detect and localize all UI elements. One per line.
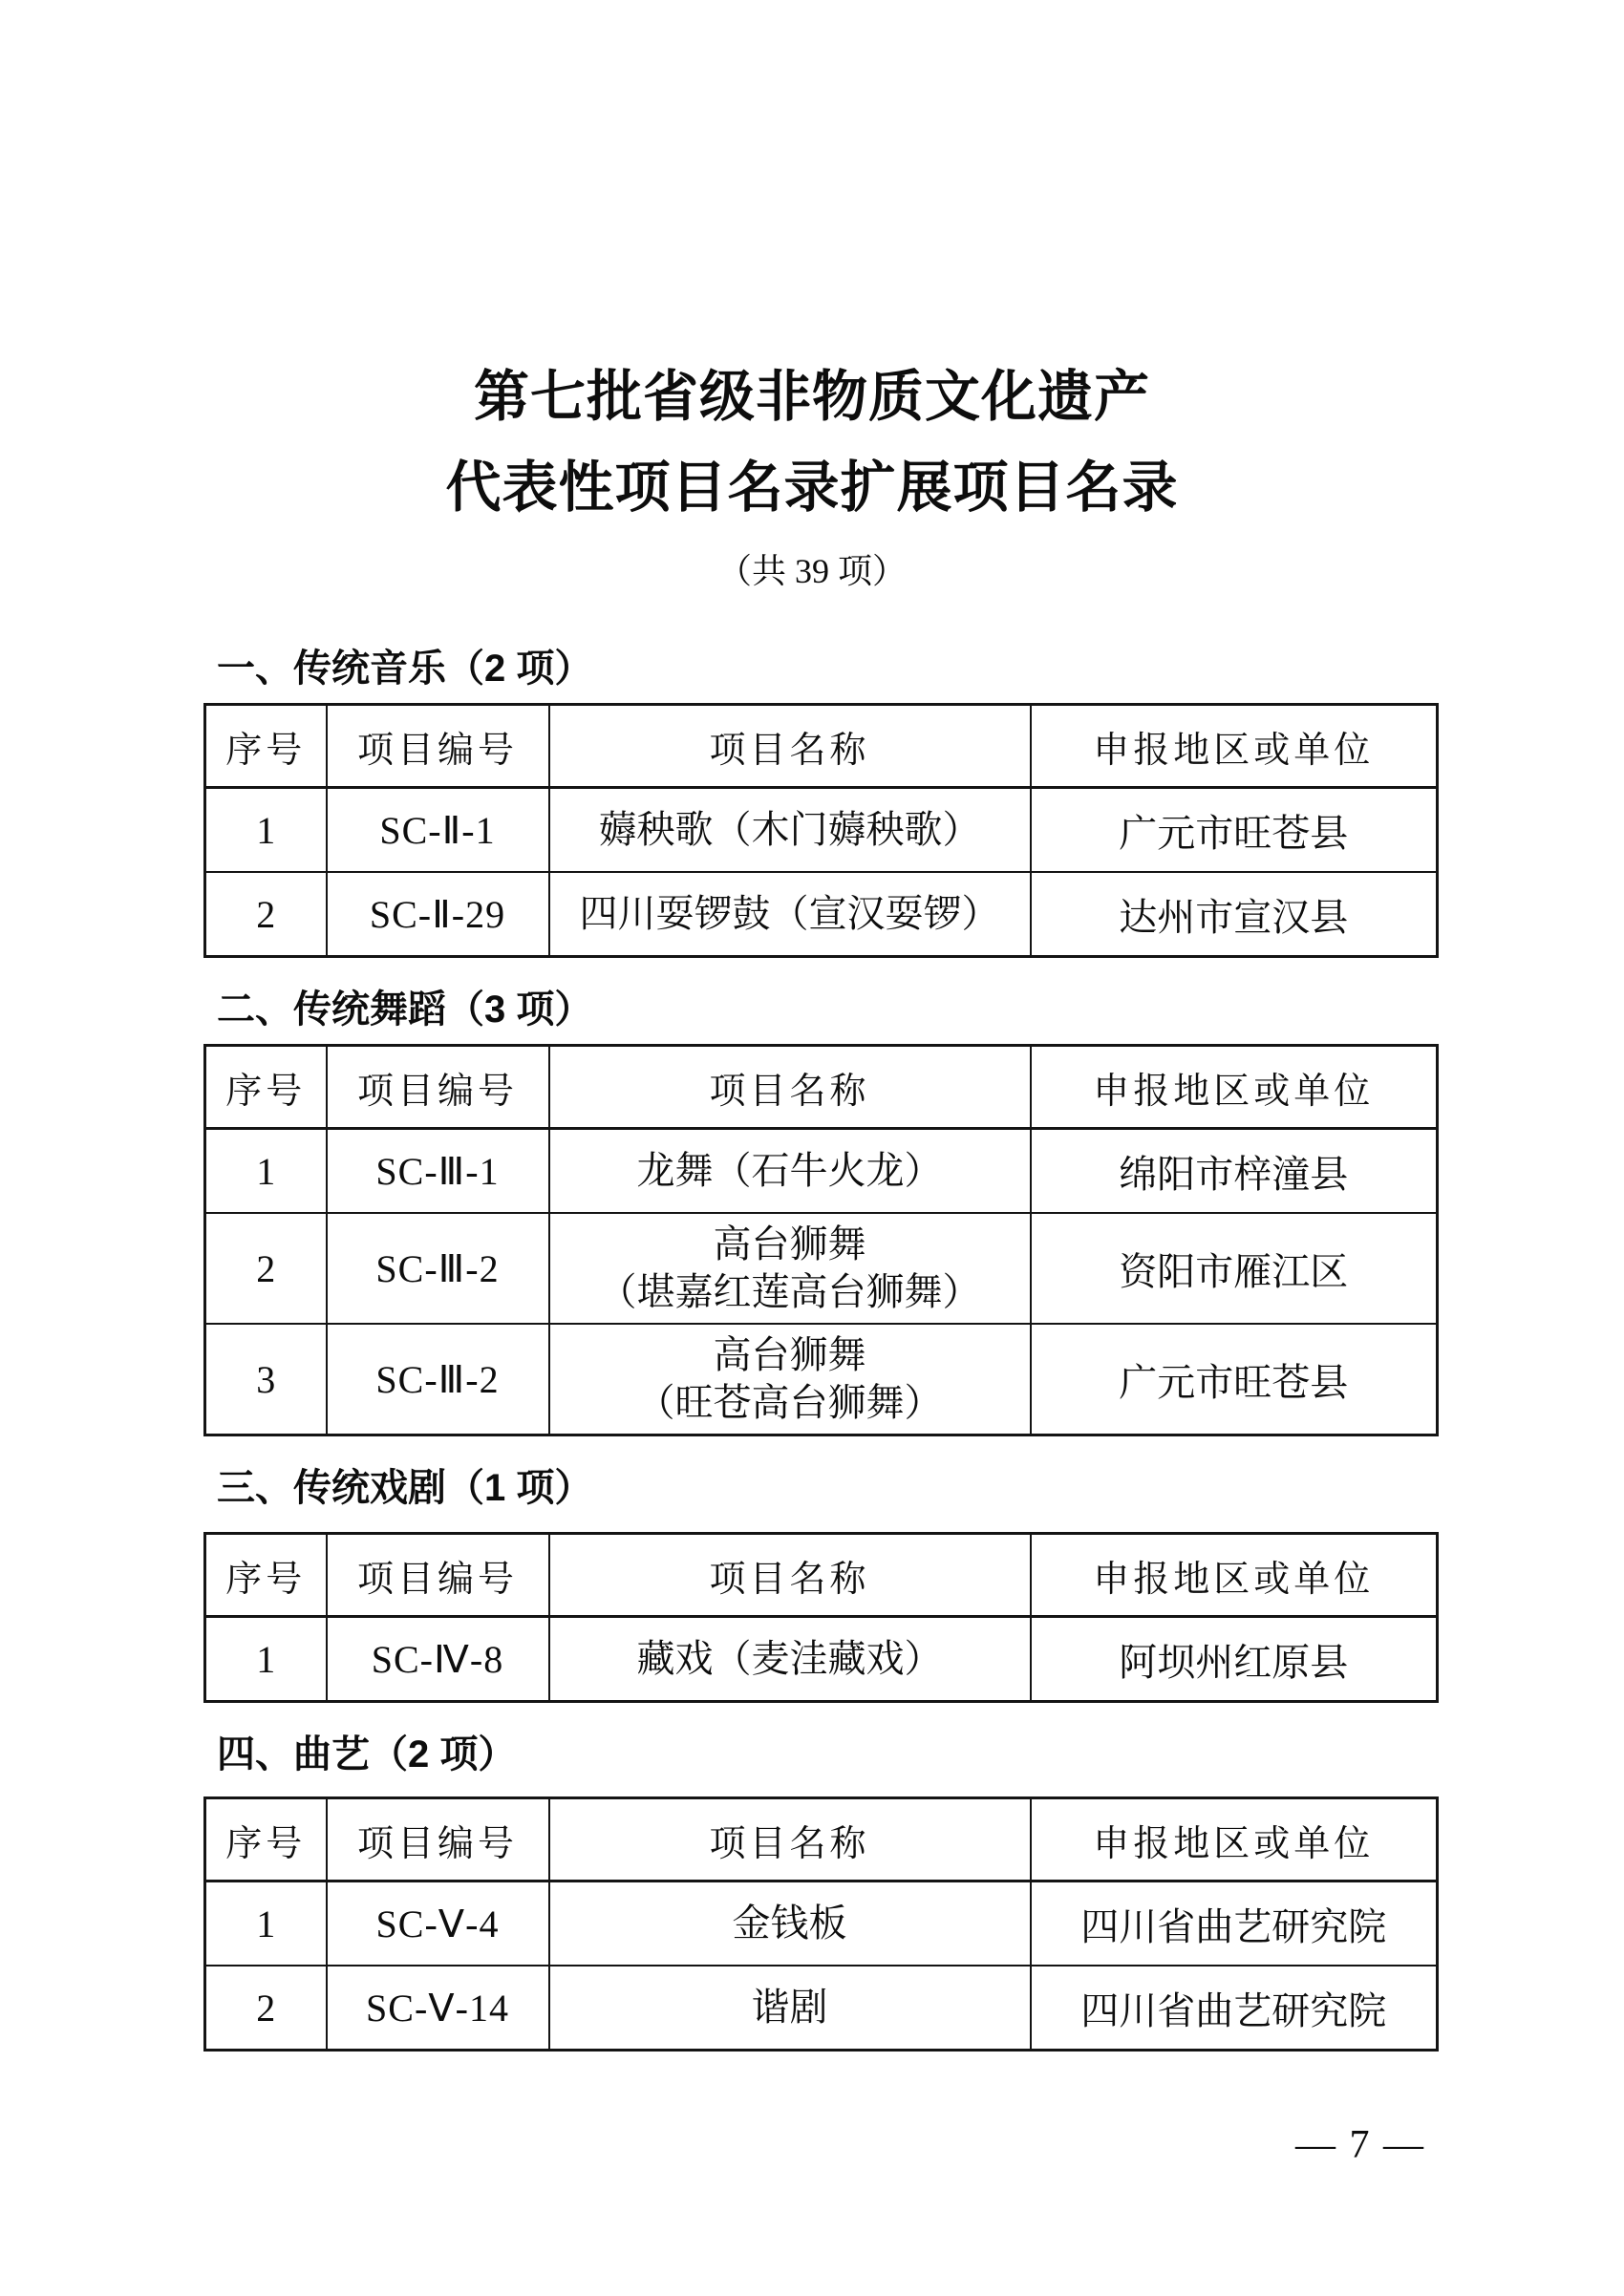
cell-code: SC-Ⅴ-14 — [327, 1966, 549, 2051]
table-row: 3 SC-Ⅲ-2 高台狮舞（旺苍高台狮舞） 广元市旺苍县 — [205, 1324, 1438, 1435]
document-title: 第七批省级非物质文化遗产 代表性项目名录扩展项目名录 — [0, 0, 1624, 533]
table-traditional-music: 序号 项目编号 项目名称 申报地区或单位 1 SC-Ⅱ-1 薅秧歌（木门薅秧歌）… — [203, 703, 1439, 958]
cell-index: 1 — [205, 1129, 327, 1214]
table-row: 2 SC-Ⅲ-2 高台狮舞（堪嘉红莲高台狮舞） 资阳市雁江区 — [205, 1213, 1438, 1324]
cell-name: 高台狮舞（堪嘉红莲高台狮舞） — [549, 1213, 1031, 1324]
section-quyi: 四、曲艺（2 项） 序号 项目编号 项目名称 申报地区或单位 1 SC-Ⅴ-4 … — [203, 1732, 1436, 2052]
cell-unit: 广元市旺苍县 — [1031, 788, 1438, 873]
table-header-row: 序号 项目编号 项目名称 申报地区或单位 — [205, 705, 1438, 788]
cell-code: SC-Ⅲ-2 — [327, 1324, 549, 1435]
cell-unit: 四川省曲艺研究院 — [1031, 1881, 1438, 1966]
cell-index: 2 — [205, 872, 327, 957]
cell-name-line1: 金钱板 — [556, 1900, 1024, 1947]
header-unit: 申报地区或单位 — [1031, 1798, 1438, 1881]
header-code: 项目编号 — [327, 1798, 549, 1881]
cell-code: SC-Ⅳ-8 — [327, 1617, 549, 1702]
table-header-row: 序号 项目编号 项目名称 申报地区或单位 — [205, 1534, 1438, 1617]
section-heading: 一、传统音乐（2 项） — [217, 646, 1436, 691]
cell-unit: 资阳市雁江区 — [1031, 1213, 1438, 1324]
cell-index: 1 — [205, 1617, 327, 1702]
cell-unit: 广元市旺苍县 — [1031, 1324, 1438, 1435]
table-header-row: 序号 项目编号 项目名称 申报地区或单位 — [205, 1798, 1438, 1881]
document-subtitle: （共 39 项） — [0, 550, 1624, 592]
header-code: 项目编号 — [327, 1534, 549, 1617]
section-traditional-music: 一、传统音乐（2 项） 序号 项目编号 项目名称 申报地区或单位 1 SC-Ⅱ-… — [203, 646, 1436, 958]
cell-name-line1: 藏戏（麦洼藏戏） — [556, 1635, 1024, 1683]
cell-name: 四川耍锣鼓（宣汉耍锣） — [549, 872, 1031, 957]
document-page: 第七批省级非物质文化遗产 代表性项目名录扩展项目名录 （共 39 项） 一、传统… — [0, 0, 1624, 2296]
cell-unit: 绵阳市梓潼县 — [1031, 1129, 1438, 1214]
cell-name-line1: 谐剧 — [556, 1984, 1024, 2031]
header-index: 序号 — [205, 1534, 327, 1617]
cell-code: SC-Ⅴ-4 — [327, 1881, 549, 1966]
cell-name: 谐剧 — [549, 1966, 1031, 2051]
cell-code: SC-Ⅱ-29 — [327, 872, 549, 957]
table-row: 1 SC-Ⅴ-4 金钱板 四川省曲艺研究院 — [205, 1881, 1438, 1966]
table-row: 1 SC-Ⅳ-8 藏戏（麦洼藏戏） 阿坝州红原县 — [205, 1617, 1438, 1702]
cell-unit: 阿坝州红原县 — [1031, 1617, 1438, 1702]
cell-name-line1: 四川耍锣鼓（宣汉耍锣） — [556, 890, 1024, 938]
header-code: 项目编号 — [327, 1046, 549, 1129]
cell-name-line1: 高台狮舞 — [556, 1221, 1024, 1268]
cell-code: SC-Ⅱ-1 — [327, 788, 549, 873]
cell-index: 1 — [205, 1881, 327, 1966]
cell-name-line1: 薅秧歌（木门薅秧歌） — [556, 806, 1024, 854]
table-quyi: 序号 项目编号 项目名称 申报地区或单位 1 SC-Ⅴ-4 金钱板 四川省曲艺研… — [203, 1796, 1439, 2052]
header-index: 序号 — [205, 1798, 327, 1881]
cell-name: 薅秧歌（木门薅秧歌） — [549, 788, 1031, 873]
document-title-line2: 代表性项目名录扩展项目名录 — [445, 457, 1178, 519]
document-content: 一、传统音乐（2 项） 序号 项目编号 项目名称 申报地区或单位 1 SC-Ⅱ-… — [203, 646, 1436, 2052]
header-code: 项目编号 — [327, 705, 549, 788]
table-header-row: 序号 项目编号 项目名称 申报地区或单位 — [205, 1046, 1438, 1129]
section-traditional-dance: 二、传统舞蹈（3 项） 序号 项目编号 项目名称 申报地区或单位 1 SC-Ⅲ-… — [203, 987, 1436, 1436]
cell-unit: 达州市宣汉县 — [1031, 872, 1438, 957]
header-unit: 申报地区或单位 — [1031, 1534, 1438, 1617]
header-name: 项目名称 — [549, 1534, 1031, 1617]
cell-index: 2 — [205, 1213, 327, 1324]
cell-name: 龙舞（石牛火龙） — [549, 1129, 1031, 1214]
header-name: 项目名称 — [549, 1798, 1031, 1881]
cell-index: 1 — [205, 788, 327, 873]
header-index: 序号 — [205, 705, 327, 788]
cell-code: SC-Ⅲ-2 — [327, 1213, 549, 1324]
section-heading: 三、传统戏剧（1 项） — [217, 1465, 1436, 1511]
section-heading: 四、曲艺（2 项） — [217, 1732, 1436, 1777]
cell-unit: 四川省曲艺研究院 — [1031, 1966, 1438, 2051]
section-heading: 二、传统舞蹈（3 项） — [217, 987, 1436, 1032]
cell-index: 2 — [205, 1966, 327, 2051]
cell-name-line1: 龙舞（石牛火龙） — [556, 1147, 1024, 1195]
header-index: 序号 — [205, 1046, 327, 1129]
page-number: — 7 — — [0, 2122, 1624, 2168]
cell-name: 藏戏（麦洼藏戏） — [549, 1617, 1031, 1702]
cell-name: 高台狮舞（旺苍高台狮舞） — [549, 1324, 1031, 1435]
table-traditional-dance: 序号 项目编号 项目名称 申报地区或单位 1 SC-Ⅲ-1 龙舞（石牛火龙） 绵… — [203, 1044, 1439, 1436]
cell-name-line1: 高台狮舞 — [556, 1331, 1024, 1379]
table-row: 2 SC-Ⅱ-29 四川耍锣鼓（宣汉耍锣） 达州市宣汉县 — [205, 872, 1438, 957]
header-unit: 申报地区或单位 — [1031, 1046, 1438, 1129]
cell-name-line2: （堪嘉红莲高台狮舞） — [556, 1268, 1024, 1316]
header-name: 项目名称 — [549, 1046, 1031, 1129]
header-name: 项目名称 — [549, 705, 1031, 788]
table-row: 1 SC-Ⅲ-1 龙舞（石牛火龙） 绵阳市梓潼县 — [205, 1129, 1438, 1214]
table-row: 1 SC-Ⅱ-1 薅秧歌（木门薅秧歌） 广元市旺苍县 — [205, 788, 1438, 873]
cell-name-line2: （旺苍高台狮舞） — [556, 1379, 1024, 1427]
section-traditional-opera: 三、传统戏剧（1 项） 序号 项目编号 项目名称 申报地区或单位 1 SC-Ⅳ-… — [203, 1465, 1436, 1703]
table-traditional-opera: 序号 项目编号 项目名称 申报地区或单位 1 SC-Ⅳ-8 藏戏（麦洼藏戏） 阿… — [203, 1532, 1439, 1703]
header-unit: 申报地区或单位 — [1031, 705, 1438, 788]
cell-index: 3 — [205, 1324, 327, 1435]
cell-name: 金钱板 — [549, 1881, 1031, 1966]
document-title-line1: 第七批省级非物质文化遗产 — [474, 366, 1150, 428]
cell-code: SC-Ⅲ-1 — [327, 1129, 549, 1214]
table-row: 2 SC-Ⅴ-14 谐剧 四川省曲艺研究院 — [205, 1966, 1438, 2051]
